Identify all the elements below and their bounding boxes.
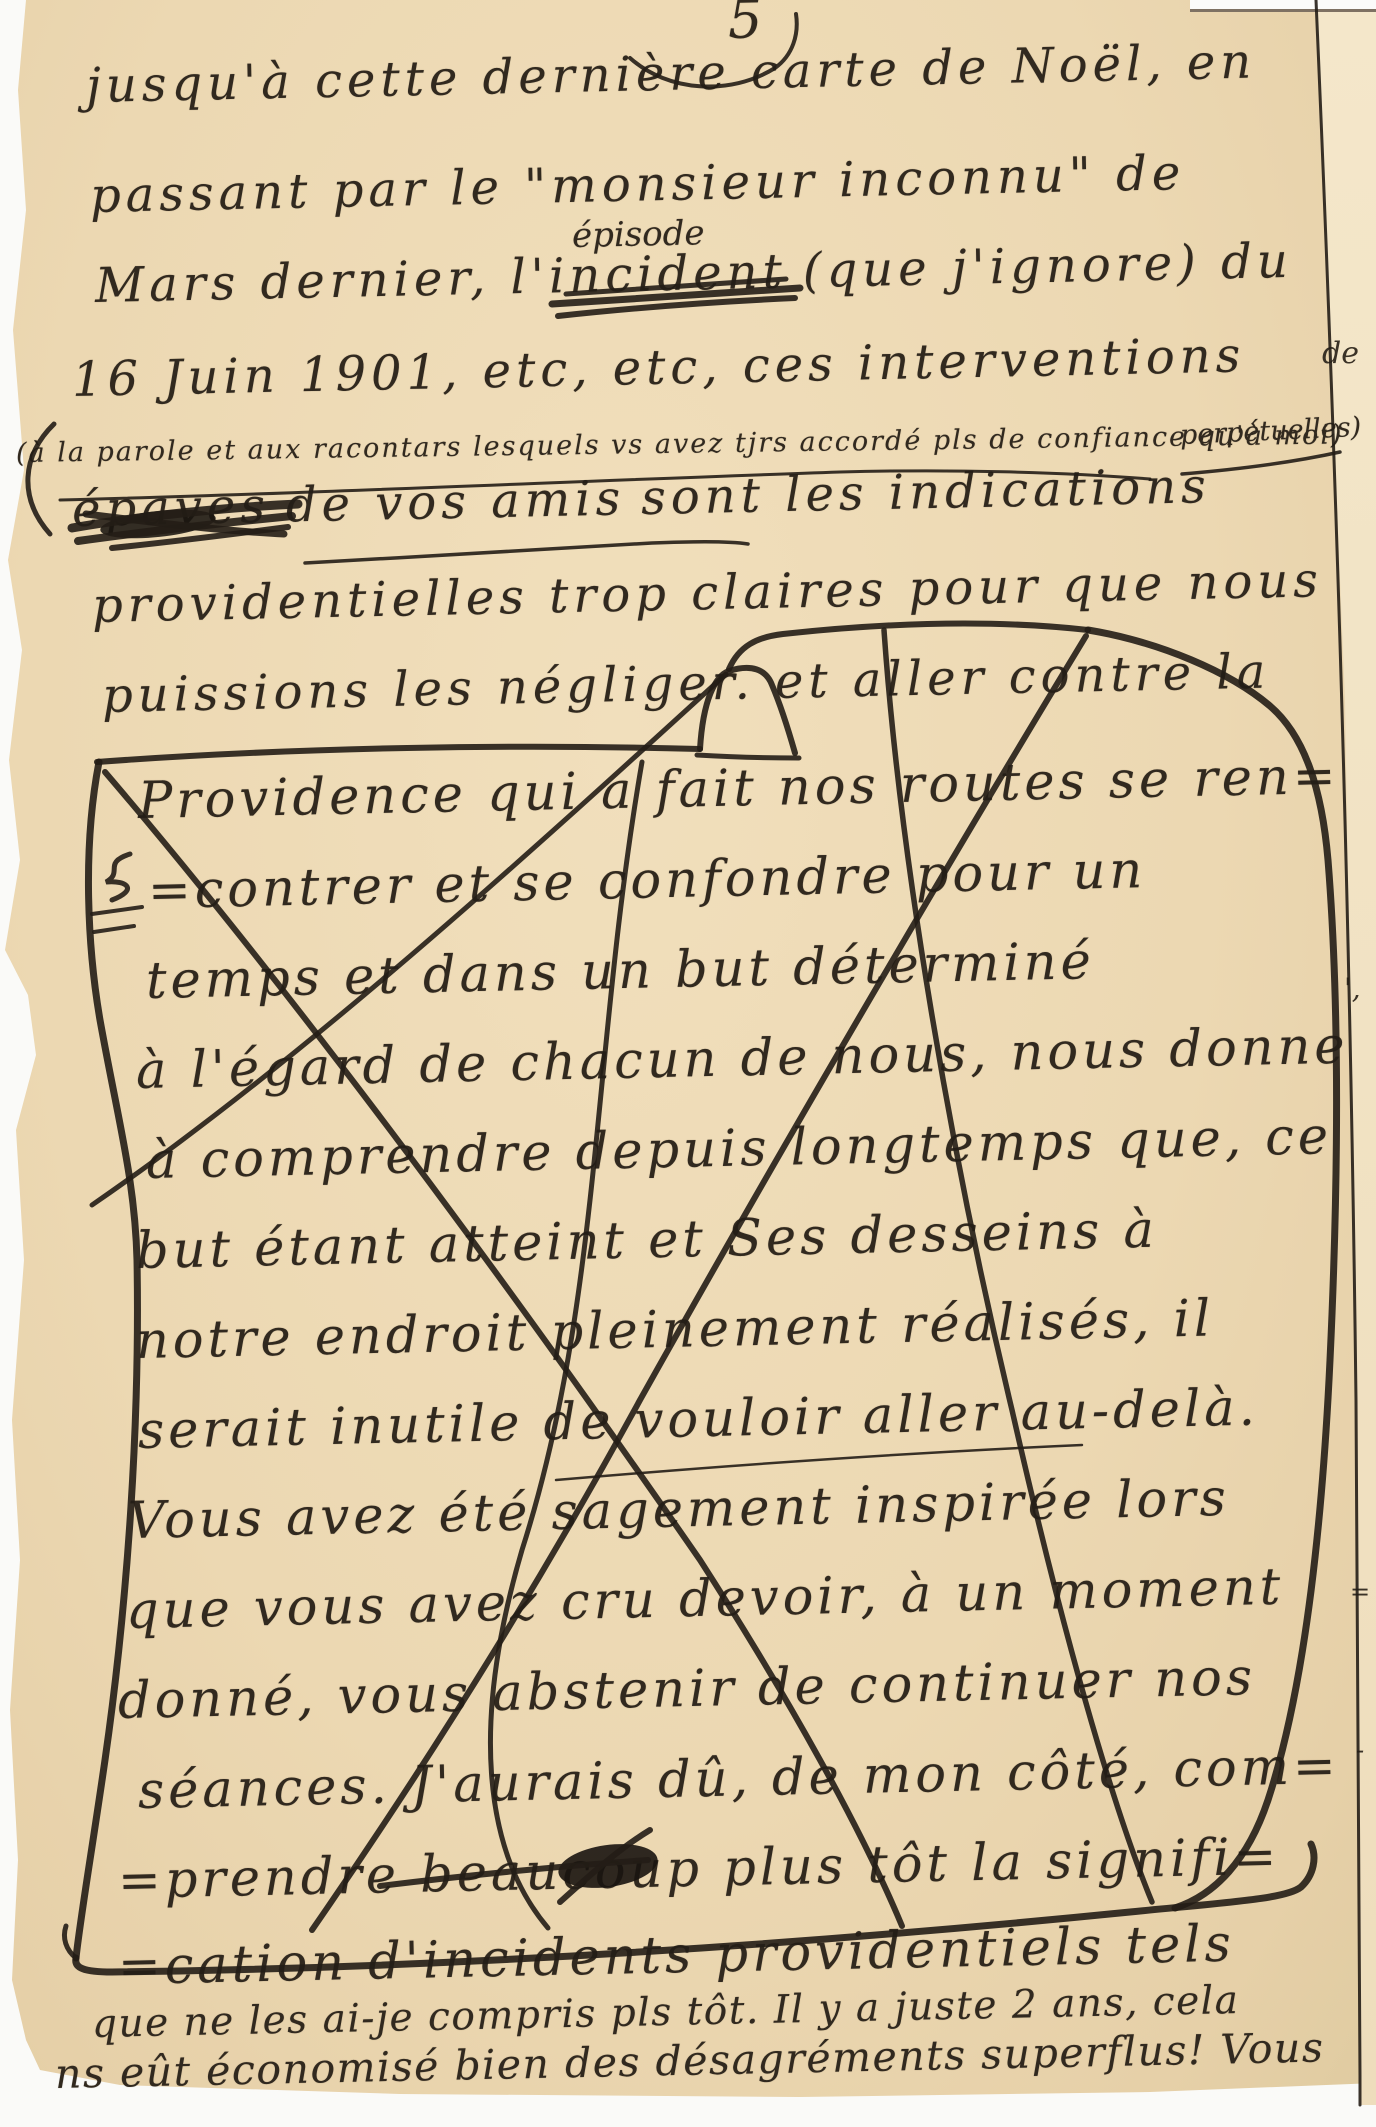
handwritten-line: Vous avez été sagement inspirée lors [127,1469,1230,1551]
handwritten-line: providentielles trop claires pour que no… [91,552,1323,634]
handwritten-line: but étant atteint et Ses desseins à [135,1201,1158,1281]
scribbled-out-word: épaves [71,478,270,538]
handwritten-line: =contrer et se confondre pour un [147,841,1146,921]
adjacent-page-text-fragment: ', [1344,972,1361,1005]
handwritten-line: jusqu'à cette dernière carte de Noël, en [85,33,1256,113]
handwritten-line: à l'égard de chacun de nous, nous donne [135,1017,1349,1101]
manuscript-scan: 5 jusqu'à cette dernière carte de Noël, … [0,0,1376,2127]
handwritten-line: épavesde vos amissont les indications [71,458,1211,538]
handwritten-line: donné, vous abstenir de continuer nos [117,1648,1256,1731]
handwritten-line: 16 Juin 1901, etc, etc, ces intervention… [71,327,1245,408]
handwritten-line: Providence qui a fait nos routes se ren= [137,747,1340,831]
handwritten-line: serait inutile de vouloir aller au-delà. [137,1379,1259,1461]
handwriting-layer: 5 jusqu'à cette dernière carte de Noël, … [0,0,1376,2127]
inserted-word: épisode [572,213,705,256]
adjacent-page-text-fragment: - [1356,1736,1364,1764]
handwritten-line: notre endroit pleinement réalisés, il [135,1289,1214,1371]
handwritten-line: =prendre beaucoup plus tôt la signifi= [117,1828,1280,1911]
handwritten-line: que vous avez cru devoir, à un moment [125,1558,1284,1641]
handwritten-line: puissions les négliger. et aller contre … [101,644,1270,724]
handwritten-line: séances. J'aurais dû, de mon côté, com= [137,1737,1340,1821]
adjacent-page-text-fragment: de [1322,336,1359,371]
handwritten-line: à comprendre depuis longtemps que, ce [145,1107,1332,1191]
adjacent-page-text-fragment: = [1350,1578,1370,1606]
line-text: Mars dernier, l' [94,248,549,313]
handwritten-line: passant par le "monsieur inconnu" de [89,145,1185,224]
underlined-phrase: de vos amis [285,470,626,533]
handwritten-line: temps et dans un but déterminé [145,932,1095,1011]
line-text: (que j'ignore) du [802,233,1293,299]
line-text: sont les indications [641,458,1212,526]
